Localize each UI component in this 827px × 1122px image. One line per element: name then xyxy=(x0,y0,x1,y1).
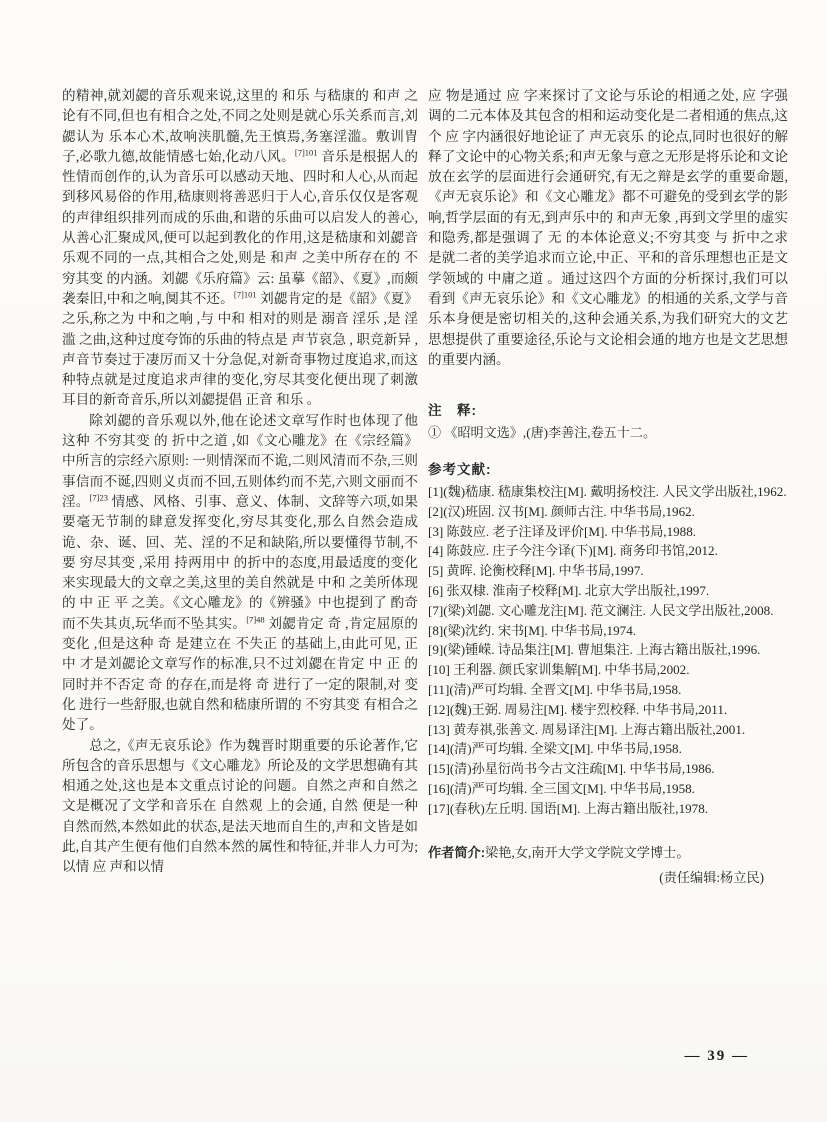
reference-item: [5] 黄晖. 论衡校释[M]. 中华书局,1997. xyxy=(428,561,788,581)
text-run: 刘勰肯定的是《韶》《夏》之乐,称之为 中和之响 ,与 中和 相对的则是 溺音 淫… xyxy=(62,291,418,407)
editor-credit: (责任编辑:杨立民) xyxy=(428,868,788,888)
reference-item: [15](清)孙星衍尚书今古文注疏[M]. 中华书局,1986. xyxy=(428,759,788,779)
reference-item: [16](清)严可均辑. 全三国文[M]. 中华书局,1958. xyxy=(428,779,788,799)
reference-item: [12](魏)王弼. 周易注[M]. 楼宇烈校释. 中华书局,2011. xyxy=(428,700,788,720)
reference-item: [6] 张双棣. 淮南子校释[M]. 北京大学出版社,1997. xyxy=(428,581,788,601)
citation-superscript: [7]23 xyxy=(90,492,108,502)
text-run: 应 物是通过 应 字来探讨了文论与乐论的相通之处, 应 字强调的二元本体及其包含… xyxy=(428,88,788,367)
left-column: 的精神,就刘勰的音乐观来说,这里的 和乐 与嵇康的 和声 之论有不同,但也有相合… xyxy=(62,86,418,878)
citation-superscript: [7]101 xyxy=(295,147,318,157)
paragraph: 应 物是通过 应 字来探讨了文论与乐论的相通之处, 应 字强调的二元本体及其包含… xyxy=(428,86,788,370)
reference-item: [9](梁)锺嵘. 诗品集注[M]. 曹旭集注. 上海古籍出版社,1996. xyxy=(428,640,788,660)
citation-superscript: [7]48 xyxy=(246,614,264,624)
author-bio-text: 梁艳,女,南开大学文学院文学博士。 xyxy=(485,845,689,860)
references-section: 参考文献: [1](魏)嵇康. 嵇康集校注[M]. 戴明扬校注. 人民文学出版社… xyxy=(428,460,788,819)
notes-section: 注 释: ① 《昭明文选》,(唐)李善注,卷五十二。 xyxy=(428,401,788,443)
author-bio-label: 作者简介: xyxy=(428,845,485,860)
note-item: ① 《昭明文选》,(唐)李善注,卷五十二。 xyxy=(428,423,788,443)
citation-superscript: [7]101 xyxy=(234,289,257,299)
document-page: 的精神,就刘勰的音乐观来说,这里的 和乐 与嵇康的 和声 之论有不同,但也有相合… xyxy=(0,0,827,1122)
paragraph: 总之,《声无哀乐论》作为魏晋时期重要的乐论著作,它所包含的音乐思想与《文心雕龙》… xyxy=(62,736,418,878)
reference-item: [10] 王利器. 颜氏家训集解[M]. 中华书局,2002. xyxy=(428,660,788,680)
references-list: [1](魏)嵇康. 嵇康集校注[M]. 戴明扬校注. 人民文学出版社,1962.… xyxy=(428,482,788,819)
right-column-text: 应 物是通过 应 字来探讨了文论与乐论的相通之处, 应 字强调的二元本体及其包含… xyxy=(428,86,788,370)
reference-item: [14](清)严可均辑. 全梁文[M]. 中华书局,1958. xyxy=(428,739,788,759)
references-heading: 参考文献: xyxy=(428,460,788,480)
notes-heading: 注 释: xyxy=(428,401,788,421)
reference-item: [4] 陈鼓应. 庄子今注今译(下)[M]. 商务印书馆,2012. xyxy=(428,541,788,561)
paragraph: 除刘勰的音乐观以外,他在论述文章写作时也体现了他这种 不穷其变 的 折中之道 ,… xyxy=(62,411,418,736)
reference-item: [17](春秋)左丘明. 国语[M]. 上海古籍出版社,1978. xyxy=(428,799,788,819)
text-run: 总之,《声无哀乐论》作为魏晋时期重要的乐论著作,它所包含的音乐思想与《文心雕龙》… xyxy=(62,738,418,875)
page-number: — 39 — xyxy=(685,1048,750,1065)
author-bio: 作者简介:梁艳,女,南开大学文学院文学博士。 (责任编辑:杨立民) xyxy=(428,843,788,888)
reference-item: [8](梁)沈约. 宋书[M]. 中华书局,1974. xyxy=(428,621,788,641)
reference-item: [13] 黄寿祺,张善文. 周易译注[M]. 上海古籍出版社,2001. xyxy=(428,720,788,740)
right-column: 应 物是通过 应 字来探讨了文论与乐论的相通之处, 应 字强调的二元本体及其包含… xyxy=(428,86,788,888)
reference-item: [11](清)严可均辑. 全晋文[M]. 中华书局,1958. xyxy=(428,680,788,700)
notes-list: ① 《昭明文选》,(唐)李善注,卷五十二。 xyxy=(428,423,788,443)
reference-item: [2](汉)班固. 汉书[M]. 颜师古注. 中华书局,1962. xyxy=(428,502,788,522)
paragraph: 的精神,就刘勰的音乐观来说,这里的 和乐 与嵇康的 和声 之论有不同,但也有相合… xyxy=(62,86,418,411)
reference-item: [1](魏)嵇康. 嵇康集校注[M]. 戴明扬校注. 人民文学出版社,1962. xyxy=(428,482,788,502)
text-run: 情感、风格、引事、意义、体制、文辞等六项,如果要毫无节制的肆意发挥变化,穷尽其变… xyxy=(62,494,418,631)
text-run: 音乐是根据人的性情而创作的,认为音乐可以感动天地、四时和人心,从而起到移风易俗的… xyxy=(62,149,418,306)
reference-item: [7](梁)刘勰. 文心雕龙注[M]. 范文澜注. 人民文学出版社,2008. xyxy=(428,601,788,621)
text-run: 刘勰肯定 奇 ,肯定屈原的 变化 ,但是这种 奇 是建立在 不失正 的基础上,由… xyxy=(62,616,418,732)
reference-item: [3] 陈鼓应. 老子注译及评价[M]. 中华书局,1988. xyxy=(428,522,788,542)
